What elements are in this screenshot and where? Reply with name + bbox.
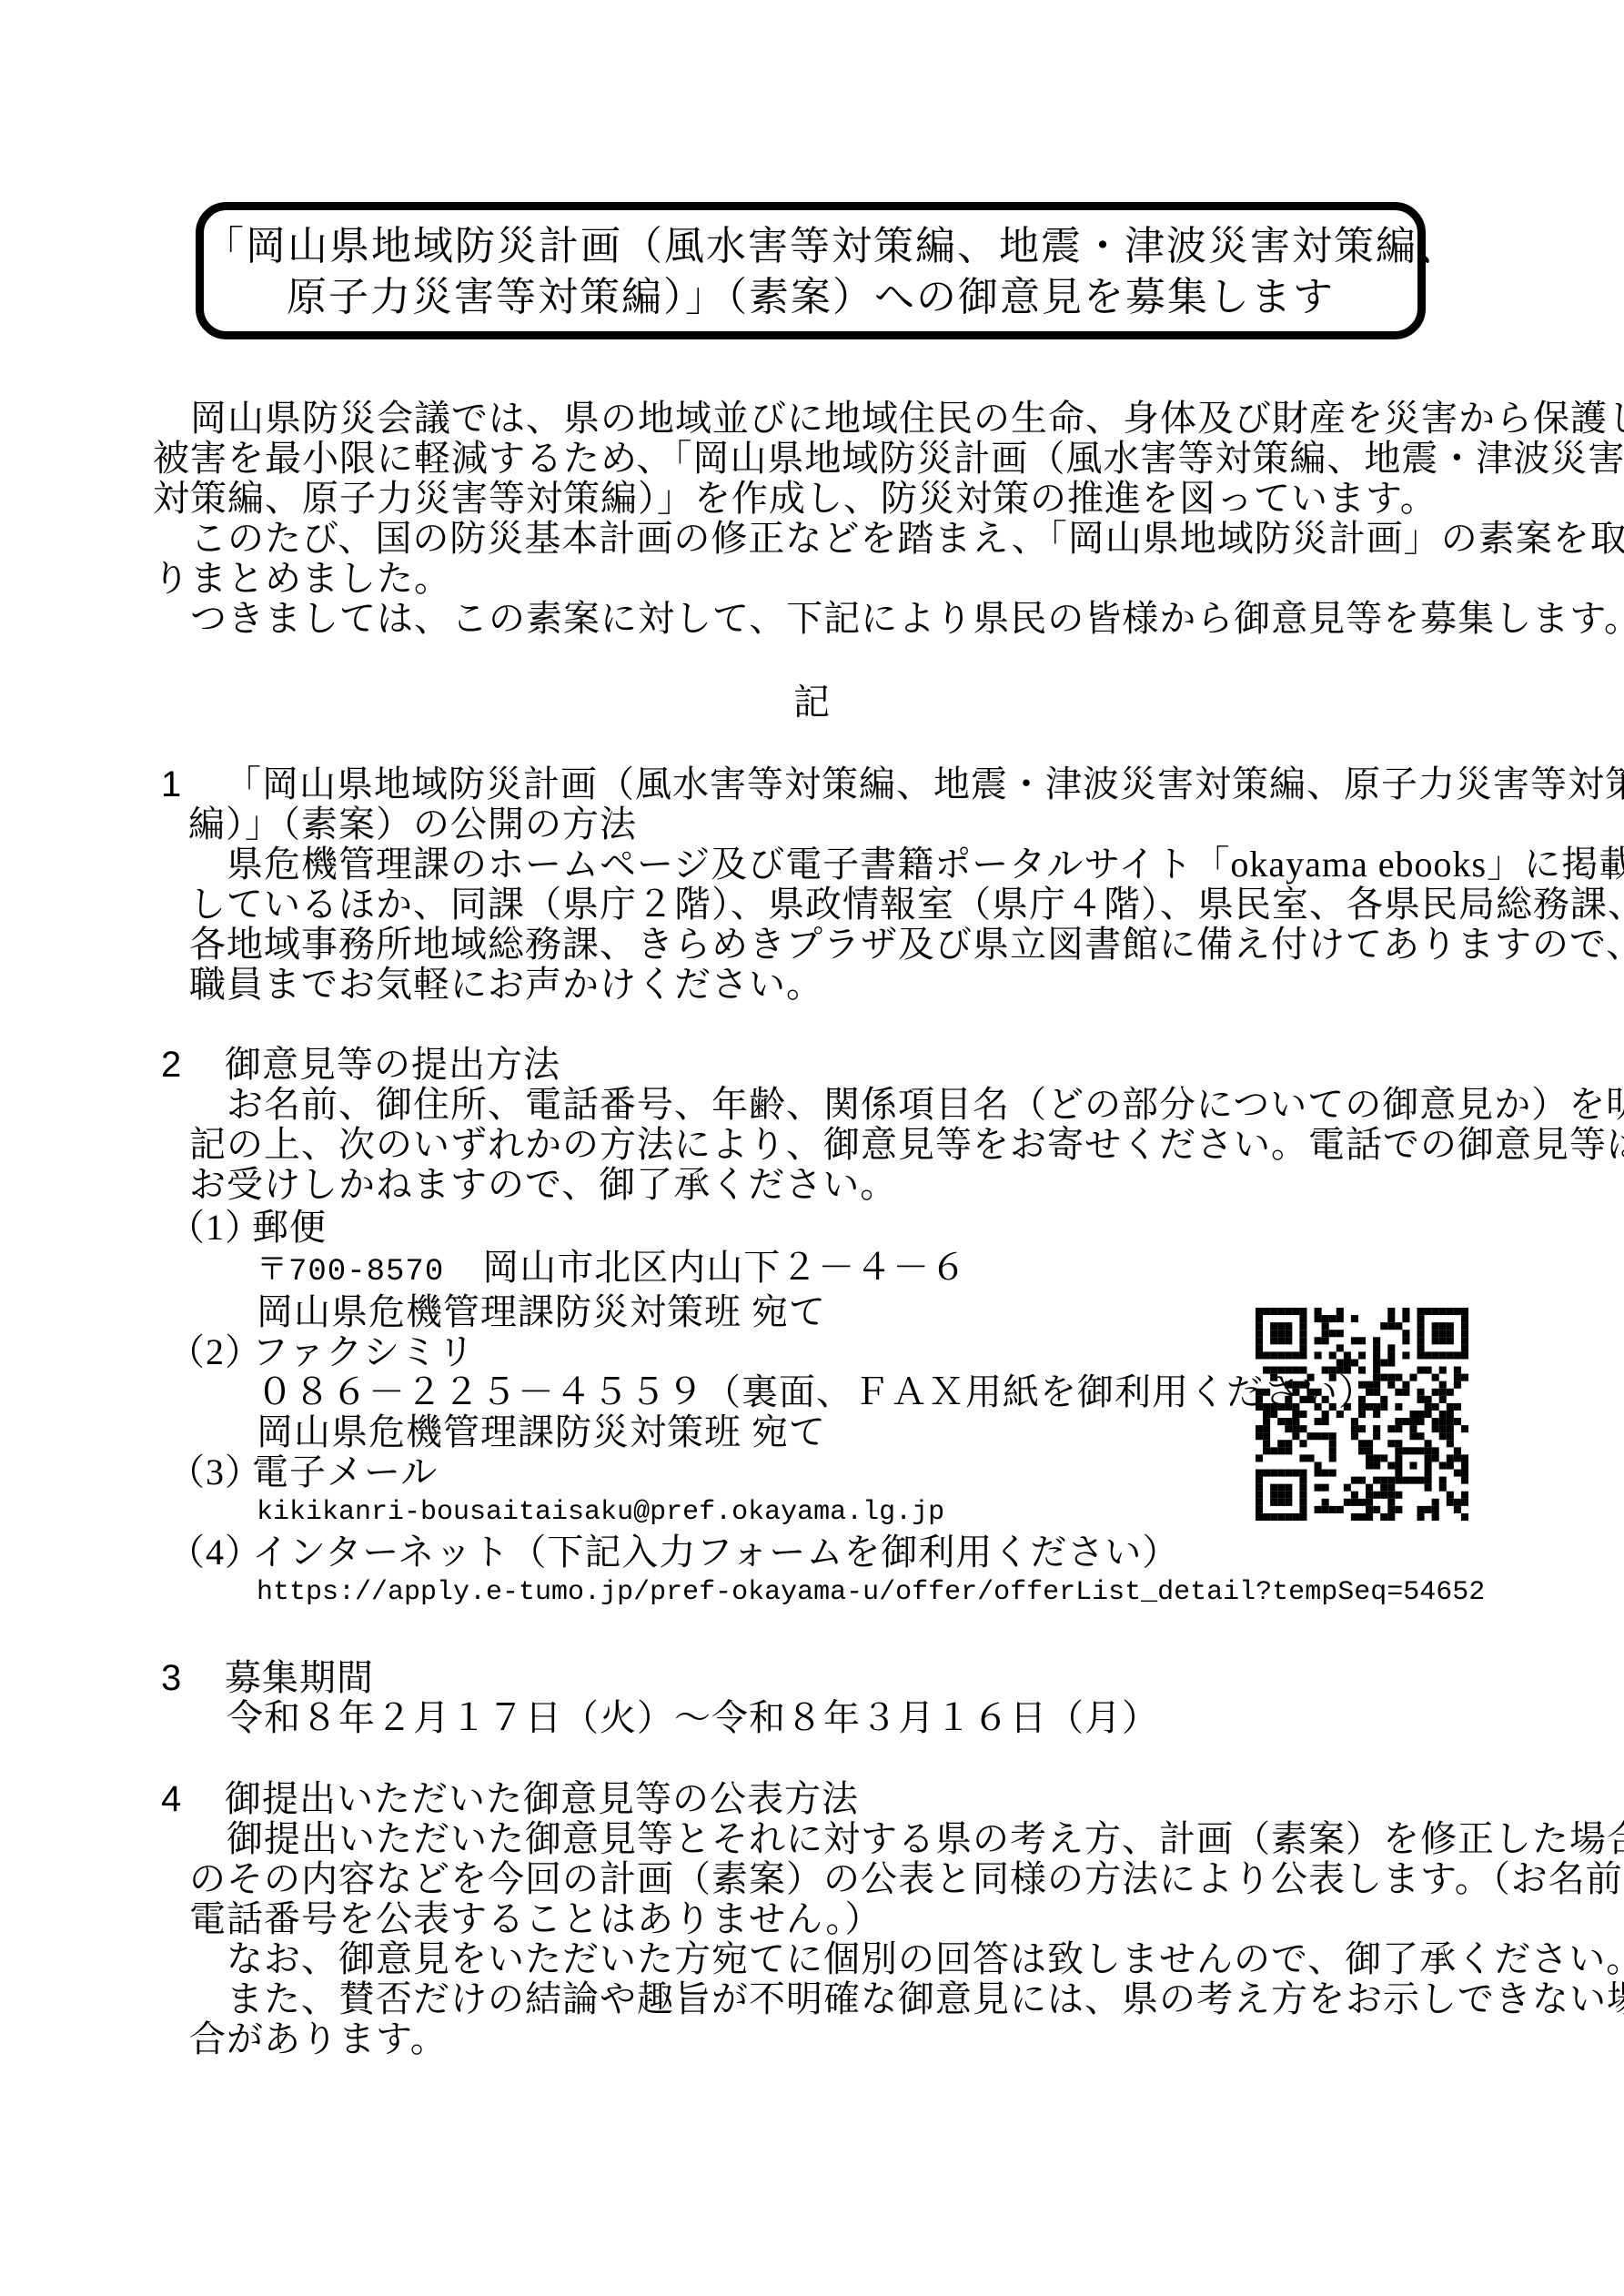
section-heading-text: 「岡山県地域防災計画（風水害等対策編、地震・津波災害対策編、原子力災害等対策 — [225, 764, 1624, 804]
section-number: 2 — [161, 1045, 225, 1085]
section-heading-text: 御提出いただいた御意見等の公表方法 — [225, 1779, 859, 1819]
body-line: 電話番号を公表することはありません。） — [189, 1899, 1624, 1939]
section-body: 令和８年２月１７日（火）～令和８年３月１６日（月） — [189, 1698, 1624, 1738]
body-line: なお、御意見をいただいた方宛てに個別の回答は致しませんので、御了承ください。 — [189, 1939, 1624, 1979]
intro-line: 被害を最小限に軽減するため、「岡山県地域防災計画（風水害等対策編、地震・津波災害 — [153, 439, 1624, 479]
recruitment-period-line: 令和８年２月１７日（火）～令和８年３月１６日（月） — [189, 1698, 1624, 1738]
item-label: 電子メール — [252, 1451, 438, 1492]
ki-marker: 記 — [153, 683, 1471, 723]
section-1-publication-method: 1「岡山県地域防災計画（風水害等対策編、地震・津波災害対策編、原子力災害等対策 … — [0, 764, 1624, 1005]
qr-code-image — [1256, 1308, 1468, 1521]
section-heading: 4御提出いただいた御意見等の公表方法 — [161, 1779, 1624, 1819]
body-line: お名前、御住所、電話番号、年齢、関係項目名（どの部分についての御意見か）を明 — [189, 1085, 1624, 1125]
body-line: 合があります。 — [189, 2019, 1624, 2059]
item-label: ファクシミリ — [252, 1331, 475, 1372]
title-line-1: 「岡山県地域防災計画（風水害等対策編、地震・津波災害対策編、 — [204, 221, 1417, 272]
section-heading-continued: 編）」（素案）の公開の方法 — [188, 804, 1624, 845]
document-page: 「岡山県地域防災計画（風水害等対策編、地震・津波災害対策編、 原子力災害等対策編… — [0, 0, 1624, 2296]
intro-line: このたび、国の防災基本計画の修正などを踏まえ、「岡山県地域防災計画」の素案を取 — [153, 519, 1624, 559]
intro-line: 岡山県防災会議では、県の地域並びに地域住民の生命、身体及び財産を災害から保護し、 — [153, 399, 1624, 439]
intro-paragraph: 岡山県防災会議では、県の地域並びに地域住民の生命、身体及び財産を災害から保護し、… — [153, 399, 1624, 639]
section-body: 御提出いただいた御意見等とそれに対する県の考え方、計画（素案）を修正した場合 の… — [189, 1819, 1624, 2059]
body-line: 県危機管理課のホームページ及び電子書籍ポータルサイト「okayama ebook… — [189, 845, 1624, 885]
street-address: 岡山市北区内山下２－４－６ — [482, 1247, 967, 1288]
item-marker: （3） — [168, 1452, 252, 1492]
section-4-publication-of-opinions: 4御提出いただいた御意見等の公表方法 御提出いただいた御意見等とそれに対する県の… — [0, 1779, 1624, 2059]
form-url: https://apply.e-tumo.jp/pref-okayama-u/o… — [257, 1573, 1624, 1613]
body-line: 職員までお気軽にお声かけください。 — [189, 965, 1624, 1005]
body-line: 各地域事務所地域総務課、きらめきプラザ及び県立図書館に備え付けてありますので、 — [189, 925, 1624, 965]
item-marker: （1） — [168, 1208, 252, 1248]
body-line: しているほか、同課（県庁２階）、県政情報室（県庁４階）、県民室、各県民局総務課、 — [189, 885, 1624, 925]
title-line-2: 原子力災害等対策編）」（素案）への御意見を募集します — [204, 272, 1417, 323]
section-number: 3 — [161, 1658, 225, 1698]
section-body: お名前、御住所、電話番号、年齢、関係項目名（どの部分についての御意見か）を明 記… — [189, 1085, 1624, 1205]
section-heading: 3募集期間 — [161, 1658, 1624, 1698]
item-marker: （4） — [168, 1532, 252, 1573]
item-label: 郵便 — [252, 1207, 327, 1248]
intro-line: りまとめました。 — [153, 559, 1624, 599]
section-3-period: 3募集期間 令和８年２月１７日（火）～令和８年３月１６日（月） — [0, 1658, 1624, 1738]
postal-code: 〒700-8570 — [257, 1255, 444, 1290]
item-heading: （1）郵便 — [168, 1208, 1624, 1248]
item-internet-form: （4）インターネット（下記入力フォームを御利用ください） https://app… — [0, 1532, 1624, 1613]
section-heading-text: 御意見等の提出方法 — [225, 1045, 560, 1085]
section-number: 4 — [161, 1779, 225, 1819]
section-heading: 1「岡山県地域防災計画（風水害等対策編、地震・津波災害対策編、原子力災害等対策 — [161, 764, 1624, 804]
section-heading: 2御意見等の提出方法 — [161, 1045, 1624, 1085]
item-heading: （4）インターネット（下記入力フォームを御利用ください） — [168, 1532, 1624, 1573]
section-heading-text: 募集期間 — [225, 1658, 374, 1698]
title-box: 「岡山県地域防災計画（風水害等対策編、地震・津波災害対策編、 原子力災害等対策編… — [196, 202, 1426, 339]
section-body: 県危機管理課のホームページ及び電子書籍ポータルサイト「okayama ebook… — [189, 845, 1624, 1005]
section-number: 1 — [161, 764, 225, 804]
body-line: のその内容などを今回の計画（素案）の公表と同様の方法により公表します。（お名前、 — [189, 1859, 1624, 1899]
body-line: 記の上、次のいずれかの方法により、御意見等をお寄せください。電話での御意見等は — [189, 1125, 1624, 1165]
item-marker: （2） — [168, 1332, 252, 1372]
item-label: インターネット（下記入力フォームを御利用ください） — [252, 1532, 1179, 1573]
intro-line: つきましては、この素案に対して、下記により県民の皆様から御意見等を募集します。 — [153, 599, 1624, 639]
intro-line: 対策編、原子力災害等対策編）」を作成し、防災対策の推進を図っています。 — [153, 479, 1624, 519]
body-line: また、賛否だけの結論や趣旨が不明確な御意見には、県の考え方をお示しできない場 — [189, 1979, 1624, 2019]
body-line: 御提出いただいた御意見等とそれに対する県の考え方、計画（素案）を修正した場合 — [189, 1819, 1624, 1859]
postal-address-line: 〒700-8570岡山市北区内山下２－４－６ — [257, 1248, 1624, 1292]
body-line: お受けしかねますので、御了承ください。 — [189, 1165, 1624, 1205]
